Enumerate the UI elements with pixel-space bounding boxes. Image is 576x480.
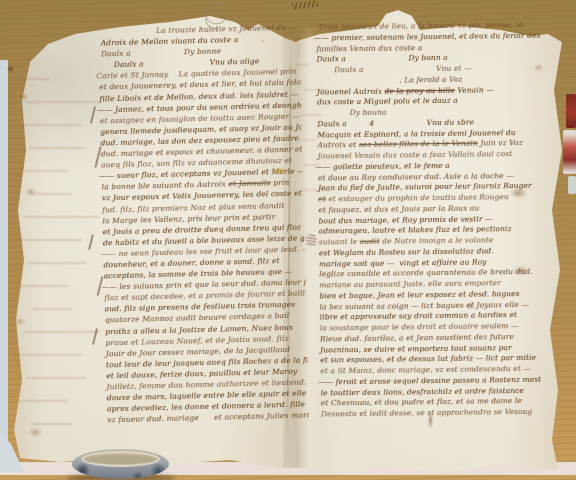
- show-through-streak: [18, 400, 68, 402]
- show-through-streak: [28, 262, 86, 264]
- wax-spot: [272, 167, 287, 175]
- show-through-streak: [12, 78, 50, 80]
- dark-spot: [7, 66, 14, 72]
- text-block-left-page: La trouzie huictie vz Jouuenel du — Adro…: [95, 22, 309, 431]
- paperweight-stone-top-face: [81, 451, 160, 467]
- show-through-streak: [32, 308, 72, 310]
- foxing-spot: [25, 188, 36, 196]
- show-through-streak: [25, 101, 100, 103]
- wood-grain-knot: [292, 0, 319, 10]
- foxing-spot: [29, 428, 42, 437]
- foxing-spot: [19, 93, 28, 100]
- show-through-streak: [15, 239, 82, 241]
- show-through-streak: [24, 216, 100, 218]
- show-through-streak: [29, 147, 86, 149]
- foxing-spot: [15, 318, 25, 325]
- ink-smudge: [514, 266, 528, 275]
- show-through-streak: [33, 193, 72, 195]
- foxing-spot: [534, 64, 543, 71]
- foxing-spot: [466, 302, 475, 309]
- show-through-streak: [27, 377, 86, 379]
- show-through-marks: [12, 78, 102, 450]
- paperweight-stone: [72, 449, 169, 479]
- pale-object-right-edge: [568, 176, 576, 194]
- show-through-streak: [20, 170, 68, 172]
- show-through-streak: [16, 124, 82, 126]
- under-sheet-left: [0, 60, 8, 466]
- show-through-streak: [19, 285, 68, 287]
- show-through-streak: [23, 331, 100, 333]
- red-white-object-right-edge: [563, 130, 576, 174]
- marginal-ink-marks: [306, 234, 317, 247]
- ink-drip: [428, 412, 433, 429]
- manuscript-photo: La trouzie huictie vz Jouuenel du — Adro…: [0, 0, 576, 480]
- text-block-right-page: Trois Jouuneux de lieu, a la bouard vz p…: [314, 19, 569, 424]
- ink-smudge: [510, 188, 527, 198]
- show-through-streak: [31, 423, 72, 425]
- red-object-right-edge: [566, 94, 576, 128]
- manuscript-line: Desuestu et ledit desse, se st approchen…: [318, 406, 568, 420]
- show-through-streak: [14, 354, 82, 356]
